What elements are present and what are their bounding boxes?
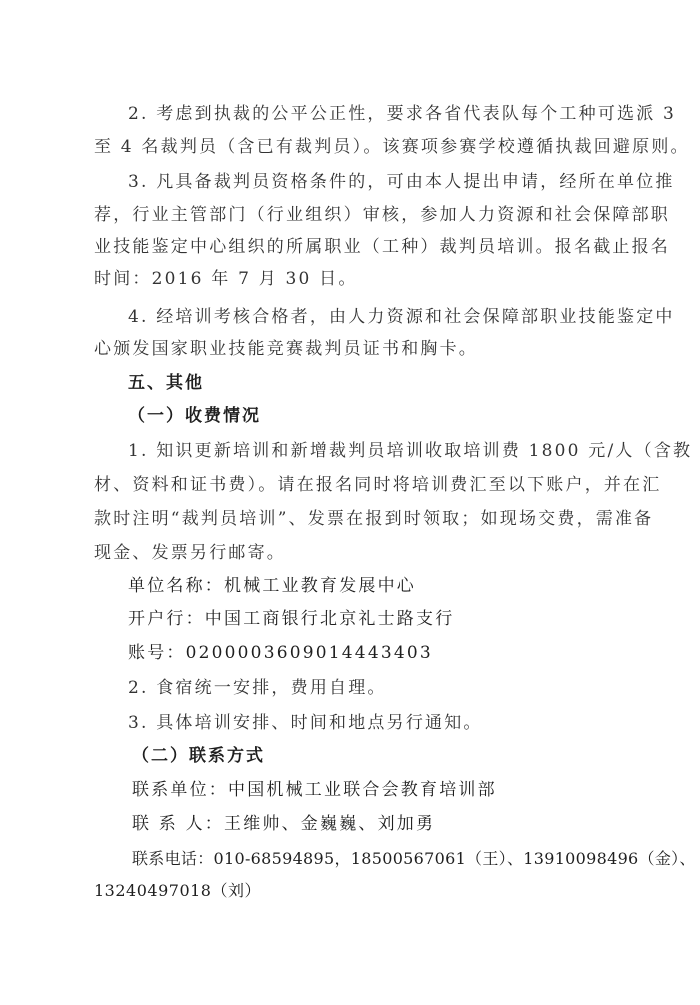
contact-subheading: （二）联系方式 [132,745,652,767]
fees-item-1-line-4: 现金、发票另行邮寄。 [94,542,614,564]
fees-item-1-line-3: 款时注明“裁判员培训”、发票在报到时领取；如现场交费，需准备 [94,508,614,530]
paragraph-3-line-3: 业技能鉴定中心组织的所属职业（工种）裁判员培训。报名截止报名 [94,236,614,258]
paragraph-2-line-1: 2. 考虑到执裁的公平公正性，要求各省代表队每个工种可选派 3 [128,103,648,125]
contact-phone-line-1: 联系电话：010-68594895，18500567061（王）、1391009… [132,848,652,870]
contact-unit: 联系单位：中国机械工业联合会教育培训部 [132,779,652,801]
section-5-heading: 五、其他 [128,372,648,394]
fees-item-2: 2. 食宿统一安排，费用自理。 [128,677,648,699]
account-name: 单位名称：机械工业教育发展中心 [128,575,648,597]
fees-item-1-line-2: 材、资料和证书费）。请在报名同时将培训费汇至以下账户，并在汇 [94,474,614,496]
paragraph-4-line-1: 4. 经培训考核合格者，由人力资源和社会保障部职业技能鉴定中 [128,306,648,328]
fees-item-1-line-1: 1. 知识更新培训和新增裁判员培训收取培训费 1800 元/人（含教 [128,440,648,462]
paragraph-3-line-2: 荐，行业主管部门（行业组织）审核，参加人力资源和社会保障部职 [94,204,614,226]
paragraph-3-line-1: 3. 凡具备裁判员资格条件的，可由本人提出申请，经所在单位推 [128,171,648,193]
contact-phone-line-2: 13240497018（刘） [94,880,614,902]
contact-persons: 联 系 人：王维帅、金巍巍、刘加勇 [132,813,652,835]
paragraph-2-line-2: 至 4 名裁判员（含已有裁判员）。该赛项参赛学校遵循执裁回避原则。 [94,136,614,158]
account-number: 账号：0200003609014443403 [128,642,648,664]
fees-item-3: 3. 具体培训安排、时间和地点另行通知。 [128,712,648,734]
paragraph-3-line-4: 时间：2016 年 7 月 30 日。 [94,268,614,290]
document-page: 2. 考虑到执裁的公平公正性，要求各省代表队每个工种可选派 3 至 4 名裁判员… [0,0,700,1005]
fees-subheading: （一）收费情况 [128,405,648,427]
bank-name: 开户行：中国工商银行北京礼士路支行 [128,608,648,630]
paragraph-4-line-2: 心颁发国家职业技能竞赛裁判员证书和胸卡。 [94,338,614,360]
